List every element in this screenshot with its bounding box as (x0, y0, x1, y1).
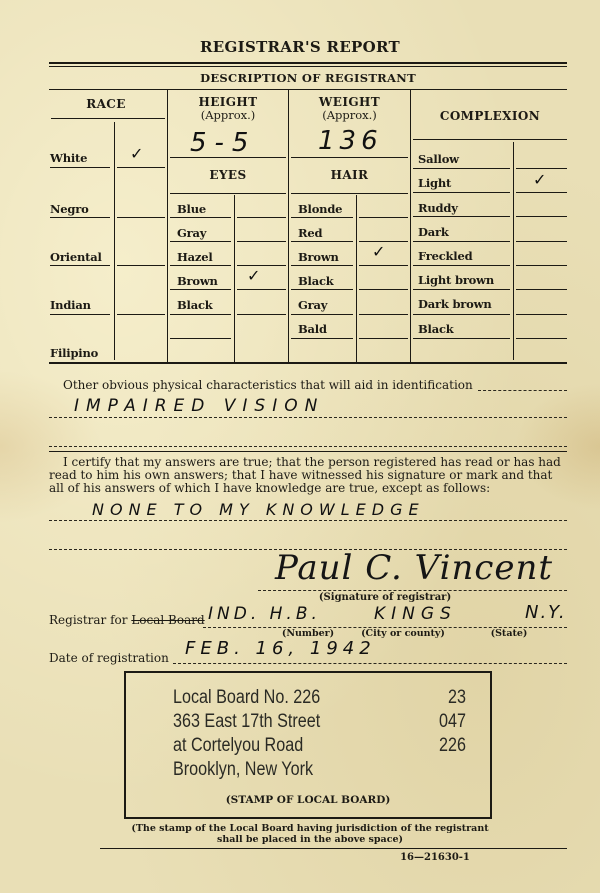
hair-rule (359, 265, 408, 266)
section-subtitle: DESCRIPTION OF REGISTRANT (49, 71, 567, 85)
complexion-option-dark: Dark (418, 225, 449, 239)
hair-rule (291, 241, 353, 242)
hair-rule (291, 314, 353, 315)
title-double-rule (49, 62, 567, 67)
complexion-rule (413, 265, 510, 266)
complexion-rule (413, 241, 510, 242)
complexion-rule (413, 192, 510, 193)
complexion-option-sallow: Sallow (418, 152, 459, 166)
race-option-white: White (50, 151, 87, 165)
complexion-rule (516, 338, 567, 339)
complexion-rule (516, 289, 567, 290)
eyes-option-gray: Gray (177, 226, 206, 240)
date-label: Date of registration (49, 652, 169, 666)
dashed-rule (478, 390, 567, 391)
registrar-board-number[interactable]: IND. H.B. (208, 604, 321, 624)
complexion-rule (413, 216, 510, 217)
complexion-rule (413, 314, 510, 315)
complexion-rule (516, 168, 567, 169)
eyes-rule (237, 314, 286, 315)
race-rule (50, 217, 110, 218)
hair-option-brown: Brown (298, 250, 339, 264)
hair-option-gray: Gray (298, 298, 327, 312)
hair-check-divider (356, 195, 357, 362)
hair-header: HAIR (291, 169, 408, 182)
other-characteristics-value[interactable]: IMPAIRED VISION (74, 396, 324, 416)
height-rule (170, 157, 286, 158)
signature-caption: (Signature of registrar) (300, 592, 470, 603)
complexion-option-freckled: Freckled (418, 249, 472, 263)
eyes-check-divider (234, 195, 235, 362)
certify-line-3: all of his answers of which I have knowl… (49, 482, 490, 496)
race-rule (117, 217, 165, 218)
dashed-rule (49, 417, 567, 418)
table-bottom-rule (49, 362, 567, 364)
race-option-negro: Negro (50, 202, 89, 216)
weight-approx-label: (Approx.) (291, 109, 408, 122)
hair-rule (359, 289, 408, 290)
stamp-number-2: 047 (427, 710, 466, 734)
eyes-rule (170, 217, 231, 218)
stamp-line-4: Brooklyn, New York (173, 758, 313, 782)
date-rule (173, 663, 567, 664)
complexion-option-black: Black (418, 322, 454, 336)
footer-rule (100, 848, 567, 849)
hair-rule (291, 265, 353, 266)
hair-option-black: Black (298, 274, 334, 288)
complexion-rule (516, 314, 567, 315)
stamp-line-3: at Cortelyou Road (173, 734, 303, 758)
registrar-city[interactable]: KINGS (374, 604, 457, 624)
complexion-rule (516, 216, 567, 217)
signature-rule (258, 590, 567, 591)
race-rule (50, 167, 110, 168)
eyes-header-rule (170, 193, 286, 194)
stamp-number-1: 23 (427, 686, 466, 710)
race-header-rule (51, 118, 165, 119)
hair-brown-check[interactable]: ✓ (372, 242, 385, 261)
eyes-rule (237, 265, 286, 266)
complexion-rule (516, 192, 567, 193)
race-rule (117, 265, 165, 266)
hair-rule (359, 338, 408, 339)
other-characteristics-label: Other obvious physical characteristics t… (63, 379, 473, 393)
hair-rule (291, 338, 353, 339)
complexion-option-light-brown: Light brown (418, 273, 494, 287)
dashed-rule (49, 520, 567, 521)
eyes-brown-check[interactable]: ✓ (247, 266, 260, 285)
registrar-state[interactable]: N.Y. (525, 602, 567, 623)
solid-rule (49, 451, 567, 452)
stamp-line-1: Local Board No. 226 (173, 686, 320, 710)
complexion-rule (516, 241, 567, 242)
eyes-option-brown: Brown (177, 274, 218, 288)
divider-weight-complexion (410, 89, 411, 362)
race-rule (117, 314, 165, 315)
state-caption: (State) (488, 628, 530, 639)
dashed-rule (49, 446, 567, 447)
race-rule (50, 265, 110, 266)
exceptions-value[interactable]: NONE TO MY KNOWLEDGE (92, 500, 425, 519)
complexion-rule (413, 289, 510, 290)
eyes-rule (237, 289, 286, 290)
hair-rule (359, 314, 408, 315)
registrars-report-card: REGISTRAR'S REPORT DESCRIPTION OF REGIST… (0, 0, 600, 893)
eyes-rule (170, 338, 231, 339)
race-white-check[interactable]: ✓ (130, 144, 143, 163)
eyes-rule (170, 314, 231, 315)
hair-rule (291, 289, 353, 290)
weight-value[interactable]: 136 (318, 126, 383, 156)
complexion-header: COMPLEXION (413, 110, 567, 123)
eyes-header: EYES (170, 169, 286, 182)
race-rule (117, 167, 165, 168)
hair-rule (359, 217, 408, 218)
stamp-number-3: 226 (427, 734, 466, 758)
hair-rule (291, 217, 353, 218)
registrar-for-label: Registrar for Local Board (49, 614, 205, 628)
stamp-caption: (STAMP OF LOCAL BOARD) (124, 794, 492, 806)
height-value[interactable]: 5-5 (190, 128, 256, 158)
complexion-header-rule (413, 139, 567, 140)
divider-race-height (167, 89, 168, 362)
eyes-rule (170, 241, 231, 242)
complexion-option-light: Light (418, 176, 451, 190)
eyes-option-black: Black (177, 298, 213, 312)
race-rule (50, 314, 110, 315)
stamp-note-line-2: shall be placed in the above space) (110, 834, 510, 845)
race-option-filipino: Filipino (50, 346, 98, 360)
race-option-indian: Indian (50, 298, 91, 312)
stamp-note-line-1: (The stamp of the Local Board having jur… (110, 823, 510, 834)
race-header: RACE (49, 98, 163, 111)
registrar-for-text: Registrar for (49, 613, 127, 627)
eyes-rule (170, 289, 231, 290)
divider-height-weight (288, 89, 289, 362)
race-check-divider (114, 122, 115, 360)
race-option-oriental: Oriental (50, 250, 102, 264)
complexion-rule (516, 265, 567, 266)
height-approx-label: (Approx.) (170, 109, 286, 122)
hair-option-red: Red (298, 226, 322, 240)
eyes-rule (237, 217, 286, 218)
hair-header-rule (291, 193, 408, 194)
complexion-option-ruddy: Ruddy (418, 201, 458, 215)
complexion-check-divider (513, 142, 514, 360)
page-title: REGISTRAR'S REPORT (0, 38, 600, 56)
hair-option-bald: Bald (298, 322, 327, 336)
registrar-signature[interactable]: Paul C. Vincent (275, 548, 553, 588)
complexion-rule (413, 168, 510, 169)
complexion-option-dark-brown: Dark brown (418, 297, 492, 311)
eyes-rule (170, 265, 231, 266)
local-board-struck: Local Board (131, 613, 204, 627)
table-top-rule (49, 89, 567, 90)
eyes-option-hazel: Hazel (177, 250, 213, 264)
eyes-option-blue: Blue (177, 202, 206, 216)
complexion-rule (413, 338, 510, 339)
complexion-light-check[interactable]: ✓ (533, 170, 546, 189)
stamp-line-2: 363 East 17th Street (173, 710, 320, 734)
form-number: 16—21630-1 (375, 852, 495, 863)
hair-option-blonde: Blonde (298, 202, 342, 216)
eyes-rule (237, 241, 286, 242)
weight-rule (291, 157, 408, 158)
date-value[interactable]: FEB. 16, 1942 (185, 638, 376, 659)
